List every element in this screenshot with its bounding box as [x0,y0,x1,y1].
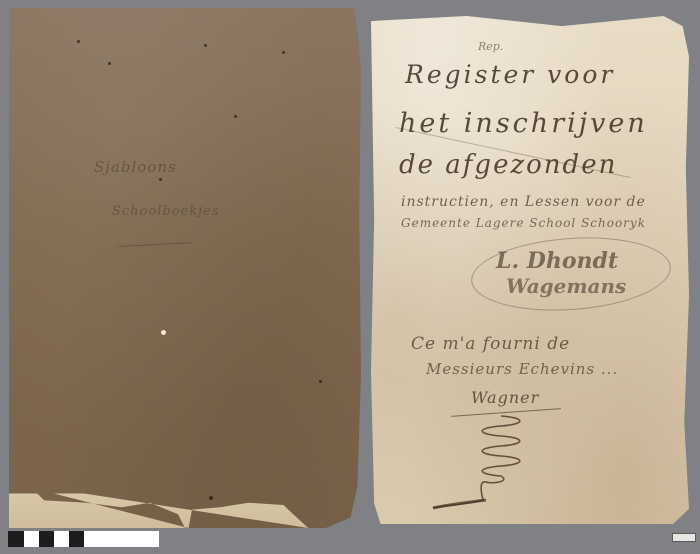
stain-mark [319,380,322,383]
cover-handwriting-line-1: Sjabloons [94,158,177,176]
signature-block-line-2: Wagemans [506,274,626,298]
cover-handwriting-line-2: Schoolboekjes [112,204,220,219]
archive-label-tag [672,533,696,542]
ink-flourish-icon [431,412,551,512]
title-line-3: de afgezonden [399,150,617,180]
stain-mark [204,44,207,47]
title-line-1: Register voor [405,60,615,89]
title-line-2: het inschrijven [399,108,648,139]
stain-mark [282,51,285,54]
right-manuscript-title-page: Rep. Register voor het inschrijven de af… [371,16,689,524]
subtitle-line-1: instructien, en Lessen voor de [401,194,646,210]
closing-line-2: Messieurs Echevins ... [426,360,618,378]
scale-segment-black [39,531,54,547]
scale-segment-black [8,531,24,547]
scale-segment-white [54,531,69,547]
left-manuscript-cover: Sjabloons Schoolboekjes [9,8,361,528]
stain-mark [77,40,80,43]
subtitle-line-2: Gemeente Lagere School Schooryk [401,216,646,230]
closing-line-1: Ce m'a fourni de [411,334,570,354]
stain-mark [159,178,162,181]
punch-hole [161,330,166,335]
signature-block-line-1: L. Dhondt [496,248,618,274]
stain-mark [209,496,213,500]
scale-segment-white [24,531,39,547]
scale-segment-white-long [84,531,159,547]
stain-mark [234,115,237,118]
stain-mark [108,62,111,65]
color-scale-bar [8,531,159,547]
torn-bottom-edge [9,482,361,528]
cover-underline [119,242,191,247]
scale-segment-black [69,531,84,547]
corner-note: Rep. [478,40,503,53]
closing-signature: Wagner [471,388,539,407]
